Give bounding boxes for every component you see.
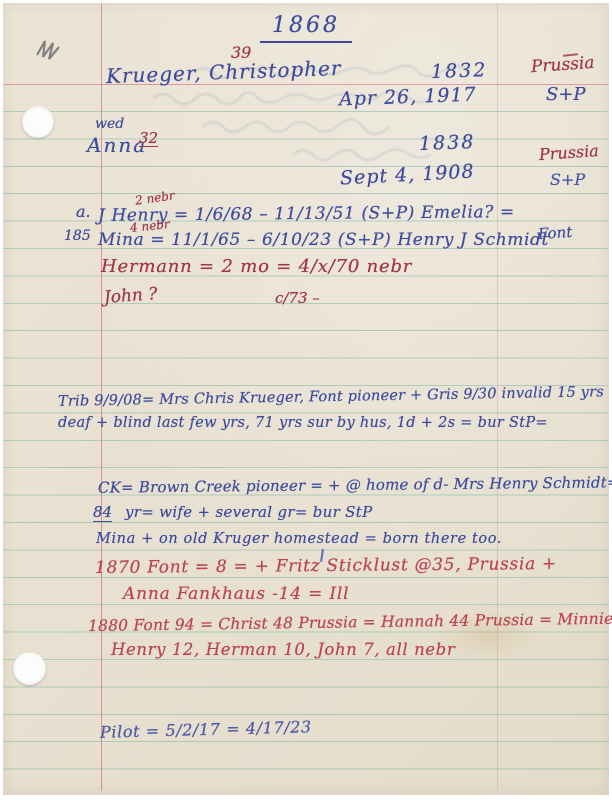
obituary-note-line2: deaf + blind last few yrs, 71 yrs sur by… [58, 416, 548, 431]
census-1870-line2: Anna Fankhaus -14 = Ill [123, 586, 349, 603]
husband-birth-year: 1832 [431, 61, 488, 82]
census-1870-line1: 1870 Font = 8 = + Fritz Sticklust @35, P… [95, 556, 557, 577]
wife-birthplace: Prussia [539, 143, 600, 163]
child3-record: Hermann = 2 mo = 4/x/70 nebr [101, 258, 412, 276]
husband-death-date: Apr 26, 1917 [339, 86, 477, 110]
child2-margin-number: 185 [64, 229, 91, 243]
child2-residence-note: Font [538, 225, 573, 242]
hole-punch-bottom [13, 652, 46, 685]
wife-burial-place: S+P [550, 172, 585, 188]
wife-wed-label: wed [95, 117, 124, 131]
husband-birthplace: Prussia [530, 55, 595, 76]
hole-punch-top [22, 106, 54, 138]
notebook-page: 1868 39 Krueger, Christopher 1832 Prussi… [3, 3, 609, 795]
ck-note-age-underlined: 84 [93, 505, 112, 522]
husband-burial-place: S+P [546, 86, 586, 104]
ck-note-line2: yr= wife + several gr= bur StP [125, 505, 372, 520]
child4-record: John ? [103, 286, 158, 307]
wife-age-annotation: 32 [139, 131, 158, 147]
year-heading: 1868 [3, 15, 609, 37]
ink-smudge [33, 37, 67, 63]
child1-margin-letter: a. [76, 204, 91, 220]
census-1880-line2: Henry 12, Herman 10, John 7, all nebr [111, 642, 455, 659]
scanned-document: 1868 39 Krueger, Christopher 1832 Prussi… [0, 0, 612, 800]
ck-note-line3: Mina + on old Kruger homestead = born th… [96, 532, 502, 547]
child4-date-note: c/73 – [275, 291, 320, 306]
year-heading-text: 1868 [260, 13, 352, 43]
wife-birth-year: 1838 [419, 133, 476, 154]
child2-record: Mina = 11/1/65 – 6/10/23 (S+P) Henry J S… [98, 232, 549, 249]
